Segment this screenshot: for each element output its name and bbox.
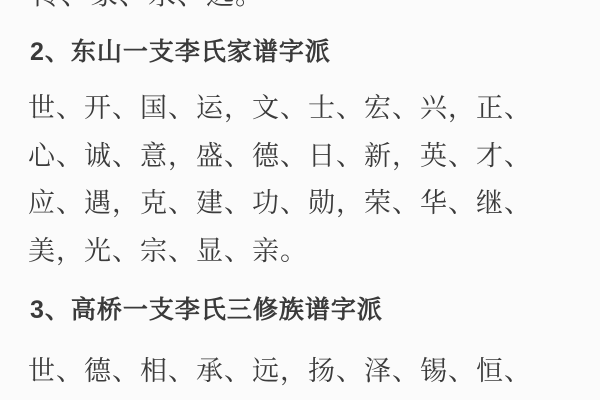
char-line: 心、诚、意，盛、德、日、新，英、才、 [28, 133, 532, 181]
section-2-character-list: 世、开、国、运，文、士、宏、兴，正、 心、诚、意，盛、德、日、新，英、才、 应、… [28, 85, 532, 275]
section-3-character-list: 世、德、相、承、远，扬、泽、锡、恒、 [28, 348, 532, 396]
section-heading-3: 3、高桥一支李氏三修族谱字派 [30, 292, 383, 328]
document-page: 传、家、永、远。 2、东山一支李氏家谱字派 世、开、国、运，文、士、宏、兴，正、… [0, 0, 600, 400]
char-line: 应、遇，克、建、功、勋，荣、华、继、 [28, 180, 532, 228]
char-line: 美，光、宗、显、亲。 [28, 228, 532, 276]
char-line: 世、开、国、运，文、士、宏、兴，正、 [28, 85, 532, 133]
clipped-previous-line: 传、家、永、远。 [32, 0, 264, 9]
section-heading-2: 2、东山一支李氏家谱字派 [30, 34, 331, 70]
char-line: 世、德、相、承、远，扬、泽、锡、恒、 [28, 348, 532, 396]
